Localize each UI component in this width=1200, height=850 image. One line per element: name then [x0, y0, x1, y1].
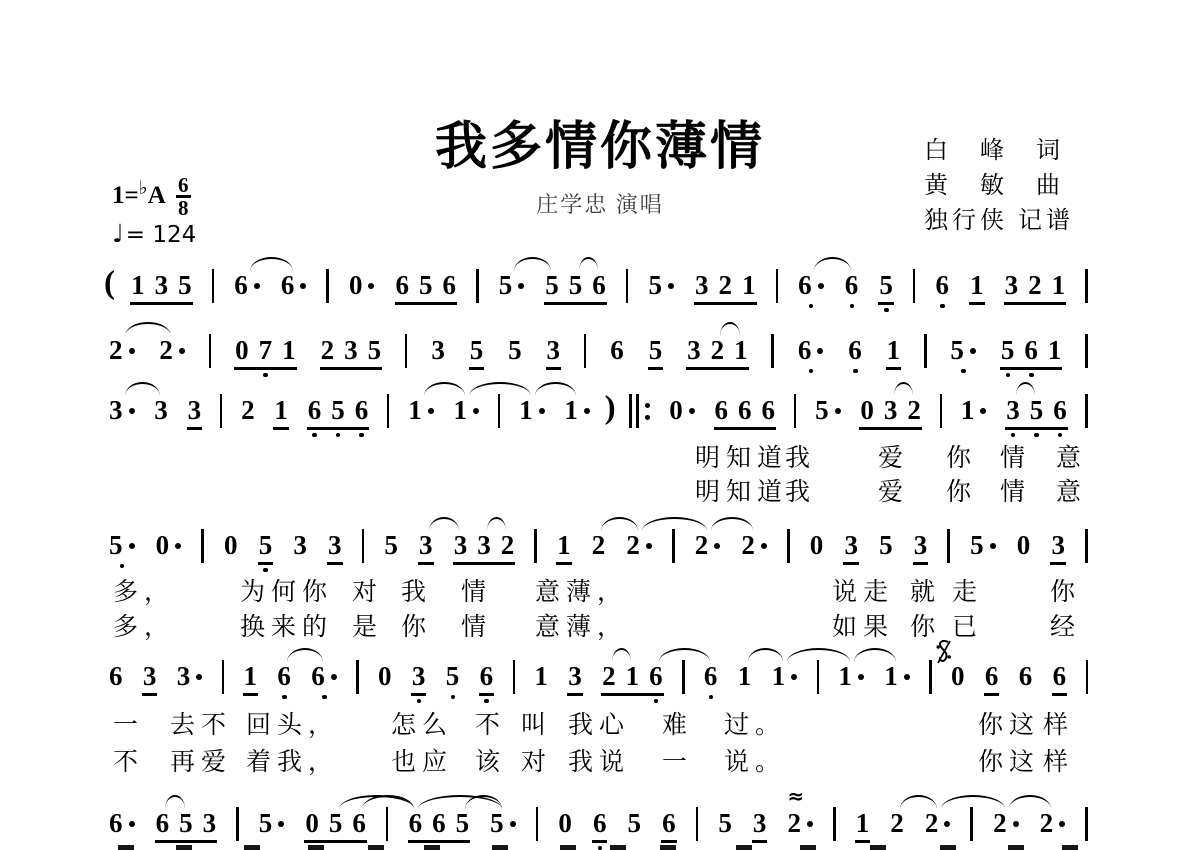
note-group: 2 [158, 337, 186, 364]
note-digit: 6 [1053, 663, 1067, 690]
note: 5 [649, 337, 663, 364]
note-digit: 3 [109, 397, 123, 424]
slur [535, 382, 576, 396]
note: 1 [856, 810, 870, 837]
lyric-text: 你 [946, 472, 977, 508]
note-group: 0 [223, 532, 239, 559]
note-digit: 6 [409, 810, 423, 837]
note: 5 [648, 272, 674, 299]
note: 3 [177, 663, 203, 690]
parenthesis: ( [104, 268, 115, 298]
note: 6 [704, 663, 718, 690]
augmentation-dot [1059, 821, 1065, 827]
note-group: 6 [310, 663, 338, 690]
note-digit: 6 [109, 663, 123, 690]
cropped-text-hint [308, 845, 324, 850]
note-group: 321 [686, 337, 749, 370]
note-group: 6 [592, 810, 608, 843]
note-digit: 0 [349, 272, 363, 299]
barline [584, 334, 587, 368]
note-digit: 6 [1053, 397, 1067, 424]
low-octave-dot [120, 564, 125, 569]
note-group: 3 [430, 337, 446, 364]
note-digit: 1 [742, 272, 756, 299]
note-digit: 1 [519, 397, 533, 424]
barline [1085, 269, 1088, 303]
note: 0 [156, 532, 182, 559]
note: 5 [368, 337, 382, 364]
note-digit: 6 [480, 663, 494, 690]
note: 6 [738, 397, 752, 424]
note: 1 [961, 397, 987, 424]
mordent-icon: ≈ [788, 789, 805, 803]
note-digit: 2 [925, 810, 939, 837]
slur [1009, 795, 1052, 809]
note: 1 [1052, 272, 1066, 299]
note: 2 [719, 272, 733, 299]
note-group: 0 [557, 810, 573, 837]
augmentation-dot [944, 821, 950, 827]
note-digit: 5 [368, 337, 382, 364]
note: 3 [419, 532, 433, 559]
note-group: 5 [258, 532, 274, 565]
note-digit: 2 [1028, 272, 1042, 299]
note-digit: 1 [838, 663, 852, 690]
cropped-text-hint [940, 845, 956, 850]
note-digit: 1 [884, 663, 898, 690]
barline [794, 394, 797, 428]
cropped-text-hint [800, 845, 816, 850]
note-digit: 3 [844, 532, 858, 559]
note-digit: 5 [950, 337, 964, 364]
note-group: 561 [1000, 337, 1063, 370]
low-octave-dot [1006, 373, 1011, 378]
sheet-music-page: 我多情你薄情 庄学忠 演唱 白 峰 词黄 敏 曲独行侠 记谱 1=♭A 6 8 … [0, 0, 1200, 850]
note: 6 [409, 810, 423, 837]
note-digit: 3 [477, 532, 491, 559]
low-octave-dot [263, 373, 268, 378]
lyric-text: 我 [401, 572, 432, 608]
note-group: 0 [668, 397, 696, 424]
note: 5 [970, 532, 996, 559]
note: 0 [810, 532, 824, 559]
lyric-text: 回头， [246, 705, 339, 741]
slur [894, 382, 914, 396]
note-group: 5 [258, 810, 286, 837]
lyric-text: 明知道 [695, 438, 788, 474]
note: 3 [844, 532, 858, 559]
note-digit: 6 [798, 337, 812, 364]
note-group: 1 [969, 272, 985, 305]
barline [771, 334, 774, 368]
lyric-text: 如果 [832, 607, 894, 643]
note-digit: 3 [203, 810, 217, 837]
note: 5 [950, 337, 976, 364]
note: 2 [993, 810, 1019, 837]
note-group: 135 [130, 272, 193, 305]
note-digit: 1 [408, 397, 422, 424]
low-octave-dot [417, 699, 422, 704]
barline [498, 394, 501, 428]
note-digit: 5 [499, 272, 513, 299]
note: 2 [925, 810, 951, 837]
meter-denominator: 8 [178, 199, 189, 217]
cropped-text-hint [424, 845, 440, 850]
lyric-text: 说走 [832, 572, 894, 608]
note-digit: 1 [772, 663, 786, 690]
barline [1086, 660, 1089, 694]
note-digit: 3 [1006, 397, 1020, 424]
note-group: 0 [809, 532, 825, 559]
barline [970, 807, 973, 841]
time-signature: 6 8 [176, 176, 191, 217]
note: 0 [349, 272, 375, 299]
note-group: 6 [934, 272, 950, 299]
repeat-sign [629, 394, 650, 428]
credit-line: 白 峰 词 [924, 134, 1074, 169]
augmentation-dot [510, 821, 516, 827]
note: 6 [762, 397, 776, 424]
lyric-text: 为何 [240, 572, 302, 608]
augmentation-dot [904, 674, 910, 680]
lyric-text: 走 [952, 572, 983, 608]
note: 3 [143, 663, 157, 690]
note-digit: 6 [985, 663, 999, 690]
barline [1085, 334, 1088, 368]
barline [833, 807, 836, 841]
note-digit: 0 [378, 663, 392, 690]
note-digit: 6 [662, 810, 676, 837]
note: 1 [887, 337, 901, 364]
note-digit: 5 [545, 272, 559, 299]
note-digit: 2 [907, 397, 921, 424]
repeat-bar [629, 394, 632, 428]
note: 3 [477, 532, 491, 559]
note-digit: 2 [321, 337, 335, 364]
low-octave-dot [654, 699, 659, 704]
note: 5 [179, 810, 193, 837]
note-digit: 5 [648, 272, 662, 299]
lyric-text: 你这 [978, 705, 1040, 741]
note-group: 3 [411, 663, 427, 696]
note-digit: 6 [1024, 337, 1038, 364]
note: 6 [432, 810, 446, 837]
lyric-text: 你 [1050, 572, 1081, 608]
note-group: 1 [737, 663, 753, 690]
slur [642, 517, 706, 531]
note-group: 2 [924, 810, 952, 837]
lyric-text: 是 [352, 607, 383, 643]
note: 1 [772, 663, 798, 690]
barline [513, 660, 516, 694]
lyric-text: 该 [475, 742, 506, 778]
low-octave-dot [1011, 433, 1016, 438]
lyric-text: 多， [113, 607, 175, 643]
lyric-text: 明知道 [695, 472, 788, 508]
note: 3 [109, 397, 135, 424]
note-digit: 6 [396, 272, 410, 299]
key-prefix: 1= [112, 182, 139, 210]
note: 5 [1001, 337, 1015, 364]
note: 1 [519, 397, 545, 424]
note-digit: 6 [935, 272, 949, 299]
note-digit: 2 [719, 272, 733, 299]
note: 5 [331, 397, 345, 424]
note-digit: 5 [490, 810, 504, 837]
cropped-text-hint [1062, 845, 1078, 850]
note-group: 5 [498, 272, 526, 299]
lyric-text: 你 [302, 572, 333, 608]
note-group: 5 [647, 272, 675, 299]
low-octave-dot [940, 304, 945, 309]
low-octave-dot [312, 433, 317, 438]
note: 6 [1024, 337, 1038, 364]
augmentation-dot [689, 408, 695, 414]
note-digit: 3 [1005, 272, 1019, 299]
augmentation-dot [129, 408, 135, 414]
cropped-text-hint [118, 845, 134, 850]
note-digit: 0 [156, 532, 170, 559]
note-digit: 3 [753, 810, 767, 837]
lyric-text: 你 [401, 607, 432, 643]
note: 1 [274, 397, 288, 424]
augmentation-dot [473, 408, 479, 414]
note-group: 3 [418, 532, 434, 565]
barline [362, 529, 365, 563]
note-group: 3 [913, 532, 929, 565]
slur [125, 322, 171, 336]
note: 6 [649, 663, 663, 690]
augmentation-dot [196, 674, 202, 680]
lyric-text: 叫 [521, 705, 552, 741]
note-group: 6 [276, 663, 292, 690]
lyric-text: 说。 [724, 742, 786, 778]
barline [940, 394, 943, 428]
lyric-text: 不 [475, 705, 506, 741]
credits-block: 白 峰 词黄 敏 曲独行侠 记谱 [924, 134, 1074, 239]
note: 6 [156, 810, 170, 837]
note: 3 [188, 397, 202, 424]
augmentation-dot [858, 674, 864, 680]
note: 2 [592, 532, 606, 559]
note-group: 0 [1016, 532, 1032, 559]
note: 0 [224, 532, 238, 559]
note-digit: 1 [131, 272, 145, 299]
note-group: 6 [703, 663, 719, 690]
note: 3 [293, 532, 307, 559]
note: 6 [1019, 663, 1033, 690]
note-digit: 2 [241, 397, 255, 424]
note-group: 6 [984, 663, 1000, 696]
music-line: 333216561111)066650321356 [108, 397, 1088, 427]
note-group: 2 [1039, 810, 1067, 837]
note: 1 [244, 663, 258, 690]
augmentation-dot [1013, 821, 1019, 827]
note-group: 2 [992, 810, 1020, 837]
barline [536, 807, 539, 841]
note-digit: 3 [143, 663, 157, 690]
lyric-text: 着我， [246, 742, 339, 778]
slur [711, 517, 754, 531]
note-digit: 6 [281, 272, 295, 299]
barline [209, 334, 212, 368]
note-digit: 5 [331, 397, 345, 424]
note-group: 5 [814, 397, 842, 424]
augmentation-dot [817, 348, 823, 354]
note: 1 [738, 663, 752, 690]
note-digit: 1 [454, 397, 468, 424]
note: 6 [443, 272, 457, 299]
barline [696, 807, 699, 841]
note-digit: 6 [762, 397, 776, 424]
note-group: 216 [601, 663, 664, 696]
note-group: 6 [280, 272, 308, 299]
note: 1 [1048, 337, 1062, 364]
augmentation-dot [835, 408, 841, 414]
augmentation-dot [129, 543, 135, 549]
note-digit: 0 [951, 663, 965, 690]
note-digit: 0 [860, 397, 874, 424]
note-group: 1 [563, 397, 591, 424]
note-group: 1 [407, 397, 435, 424]
note-group: 3 [567, 663, 583, 696]
lyric-text: 你 [946, 438, 977, 474]
note-group: 656 [307, 397, 370, 430]
note: 1 [734, 337, 748, 364]
note-group: 0 [950, 663, 966, 690]
note-group: 0 [377, 663, 393, 690]
barline [787, 529, 790, 563]
note: 0 [951, 663, 965, 690]
slur [612, 648, 632, 662]
augmentation-dot [175, 543, 181, 549]
augmentation-dot [668, 283, 674, 289]
meter-numerator: 6 [178, 176, 189, 194]
note: 3 [203, 810, 217, 837]
cropped-text-hint [176, 845, 192, 850]
note-group: 666 [714, 397, 777, 430]
lyric-text: 我 [785, 438, 816, 474]
note-group: 6 [108, 663, 124, 690]
low-octave-dot [322, 695, 327, 700]
note-digit: 5 [1030, 397, 1044, 424]
note: 6 [352, 810, 366, 837]
note-digit: 5 [329, 810, 343, 837]
barline [201, 529, 204, 563]
tempo-value: = 124 [126, 222, 196, 248]
lyric-text: 对 [521, 742, 552, 778]
note: 6 [715, 397, 729, 424]
note-group: 5 [648, 337, 664, 370]
note-digit: 1 [970, 272, 984, 299]
note: 5 [569, 272, 583, 299]
low-octave-dot [853, 369, 858, 374]
note-group: 5 [878, 272, 894, 305]
note-group: 5 [469, 337, 485, 370]
note-digit: 3 [419, 532, 433, 559]
note: 6 [109, 663, 123, 690]
note: 5 [446, 663, 460, 690]
low-octave-dot [850, 304, 855, 309]
note-digit: 0 [810, 532, 824, 559]
note-digit: 3 [293, 532, 307, 559]
slur [487, 517, 507, 531]
note-digit: 1 [738, 663, 752, 690]
slur [814, 257, 851, 271]
note: 1 [884, 663, 910, 690]
note-digit: 1 [734, 337, 748, 364]
low-octave-dot [451, 695, 456, 700]
barline [476, 269, 479, 303]
note: 6 [610, 337, 624, 364]
note-group: 5 [717, 810, 733, 837]
note-group: 1 [556, 532, 572, 565]
note: 2 [890, 810, 904, 837]
note-digit: 6 [610, 337, 624, 364]
note-group: 1 [453, 397, 481, 424]
note-digit: 5 [109, 532, 123, 559]
note-group: 5 [445, 663, 461, 690]
note: 3 [454, 532, 468, 559]
note-group: 2 [591, 532, 607, 559]
note: 3 [431, 337, 445, 364]
note: 3 [328, 532, 342, 559]
note-digit: 5 [970, 532, 984, 559]
note-digit: 3 [431, 337, 445, 364]
barline [236, 807, 239, 841]
lyric-text: 已 [952, 607, 983, 643]
credit-line: 独行侠 记谱 [924, 204, 1074, 239]
note-digit: 5 [879, 272, 893, 299]
note-group: 5 [108, 532, 136, 559]
lyric-text: 意薄， [535, 572, 628, 608]
note-digit: 0 [305, 810, 319, 837]
augmentation-dot [179, 348, 185, 354]
parenthesis: ) [605, 393, 616, 423]
note-group: 5 [507, 337, 523, 364]
barline [222, 660, 225, 694]
note-group: 235 [320, 337, 383, 370]
note: 3 [753, 810, 767, 837]
lyric-text: 你 [910, 607, 941, 643]
note-group: 3 [843, 532, 859, 565]
note: 5 [1030, 397, 1044, 424]
low-octave-dot [359, 433, 364, 438]
augmentation-dot [368, 283, 374, 289]
note-digit: 6 [649, 663, 663, 690]
barline [386, 807, 389, 841]
note: 6 [308, 397, 322, 424]
augmentation-dot [129, 821, 135, 827]
note-group: 656 [395, 272, 458, 305]
lyric-text: 爱 [878, 472, 909, 508]
lyric-text: 过。 [724, 705, 786, 741]
lyric-text: 我 [785, 472, 816, 508]
slur [900, 795, 937, 809]
note: 6 [281, 272, 307, 299]
note-digit: 2 [711, 337, 725, 364]
credit-line: 黄 敏 曲 [924, 169, 1074, 204]
note-digit: 5 [456, 810, 470, 837]
note-digit: 5 [628, 810, 642, 837]
note-digit: 3 [155, 272, 169, 299]
note: 2 [1040, 810, 1066, 837]
augmentation-dot [970, 348, 976, 354]
note: 5 [628, 810, 642, 837]
note-group: 1 [273, 397, 289, 430]
note-group: 321 [694, 272, 757, 305]
note-group: 3 [108, 397, 136, 424]
